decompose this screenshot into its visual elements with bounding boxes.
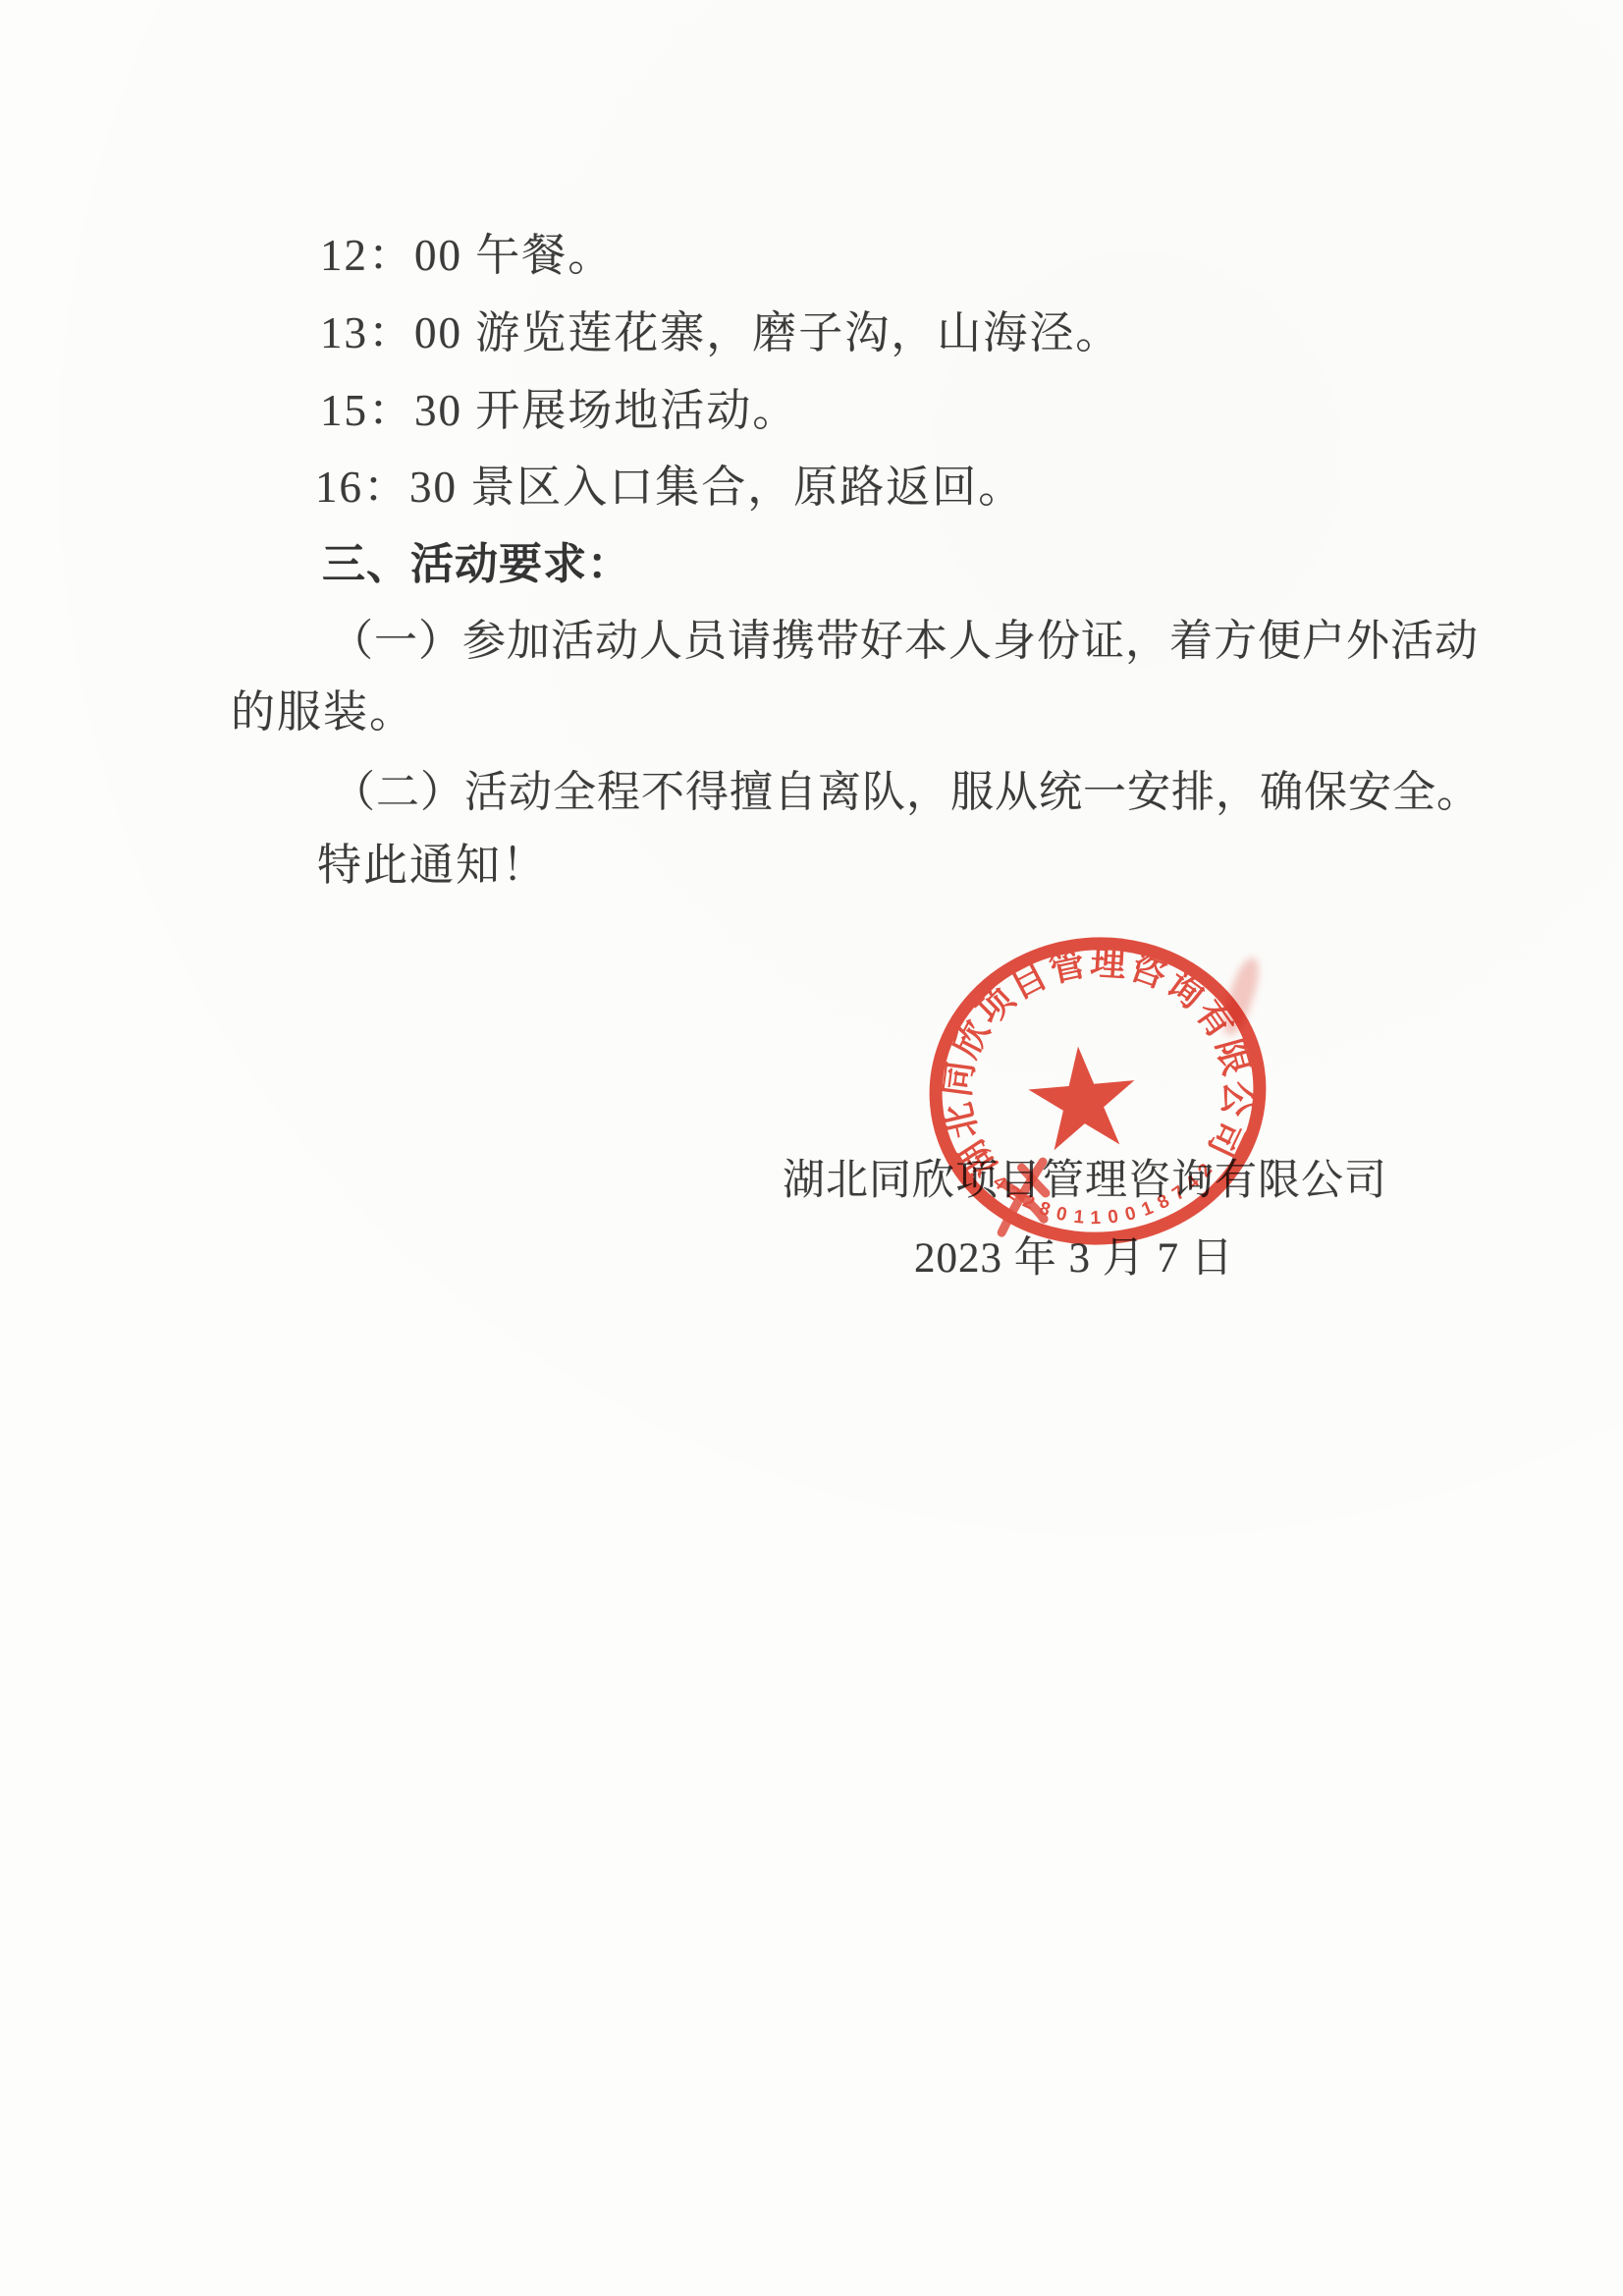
requirement-item-1: （一）参加活动人员请携带好本人身份证，着方便户外活动 — [330, 620, 1479, 663]
requirement-item-1-cont: 的服装。 — [231, 690, 415, 735]
closing-line: 特此通知！ — [317, 844, 548, 888]
schedule-line-return: 16：30 景区入口集合，原路返回。 — [315, 465, 1024, 510]
schedule-line-activities: 15：30 开展场地活动。 — [320, 389, 798, 433]
schedule-line-lunch: 12：00 午餐。 — [320, 234, 614, 278]
notice-document-page: 12：00 午餐。 13：00 游览莲花寨，磨子沟，山海泾。 15：30 开展场… — [0, 0, 1623, 2296]
seal-star-icon — [1025, 1042, 1140, 1152]
company-seal: 湖北同欣项目管理咨询有限公司 42280110018742 — [907, 914, 1287, 1268]
seal-ring-text: 湖北同欣项目管理咨询有限公司 — [925, 929, 1265, 1190]
requirement-item-2: （二）活动全程不得擅自离队，服从统一安排，确保安全。 — [332, 771, 1481, 814]
section-heading-requirements: 三、活动要求： — [322, 543, 631, 586]
schedule-line-tour: 13：00 游览莲花寨，磨子沟，山海泾。 — [320, 311, 1121, 355]
